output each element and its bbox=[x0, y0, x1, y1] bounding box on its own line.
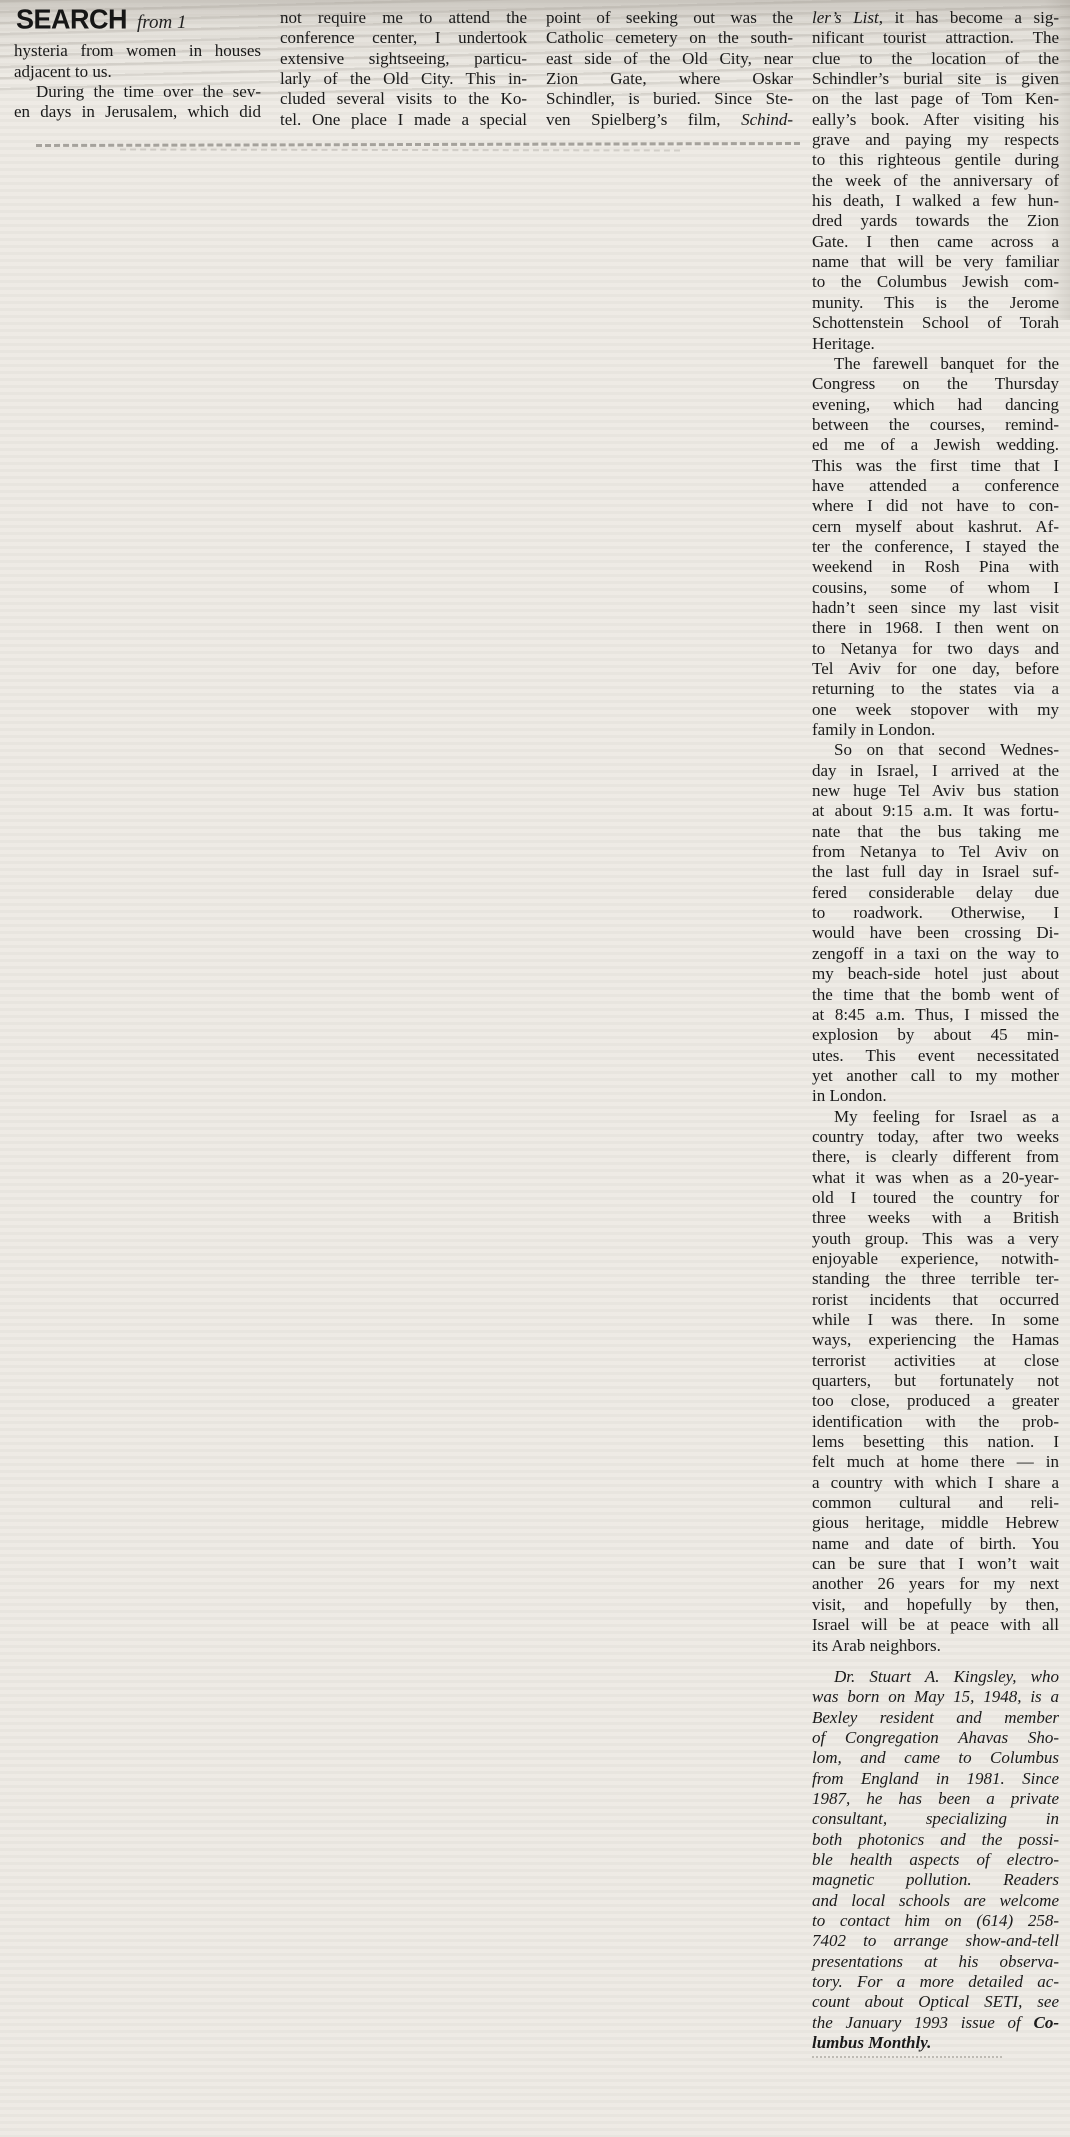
text-line: lom, and came to Columbus bbox=[812, 1748, 1059, 1768]
text-line: to contact him on (614) 258- bbox=[812, 1911, 1059, 1931]
text-line: gious heritage, middle Hebrew bbox=[812, 1513, 1059, 1533]
text-line: This was the first time that I bbox=[812, 456, 1059, 476]
text-line: lems besetting this nation. I bbox=[812, 1432, 1059, 1452]
text-line: country today, after two weeks bbox=[812, 1127, 1059, 1147]
text-line: hysteria from women in houses bbox=[14, 41, 261, 61]
text-line: at about 9:15 a.m. It was fortu- bbox=[812, 801, 1059, 821]
text-line: on the last page of Tom Ken- bbox=[812, 89, 1059, 109]
column-3-text: point of seeking out was theCatholic cem… bbox=[546, 8, 793, 130]
column-3: point of seeking out was theCatholic cem… bbox=[546, 8, 793, 2053]
text-line: hadn’t seen since my last visit bbox=[812, 598, 1059, 618]
text-line: My feeling for Israel as a bbox=[812, 1107, 1059, 1127]
text-line: standing the three terrible ter- bbox=[812, 1269, 1059, 1289]
text-line: east side of the Old City, near bbox=[546, 49, 793, 69]
text-line: Schindler’s burial site is given bbox=[812, 69, 1059, 89]
text-line: to this righteous gentile during bbox=[812, 150, 1059, 170]
text-line: adjacent to us. bbox=[14, 62, 261, 82]
text-line: Gate. I then came across a bbox=[812, 232, 1059, 252]
text-line: what it was when as a 20-year- bbox=[812, 1168, 1059, 1188]
text-line: between the courses, remind- bbox=[812, 415, 1059, 435]
text-line: in London. bbox=[812, 1086, 1059, 1106]
text-line: felt much at home there — in bbox=[812, 1452, 1059, 1472]
text-line: zengoff in a taxi on the way to bbox=[812, 944, 1059, 964]
column-4: ler’s List, it has become a sig-nificant… bbox=[812, 8, 1059, 2053]
text-line: evening, which had dancing bbox=[812, 395, 1059, 415]
text-line: 7402 to arrange show-and-tell bbox=[812, 1931, 1059, 1951]
text-line: Heritage. bbox=[812, 334, 1059, 354]
text-line: conference center, I undertook bbox=[280, 28, 527, 48]
text-line: During the time over the sev- bbox=[14, 82, 261, 102]
paragraph: ler’s List, it has become a sig-nificant… bbox=[812, 8, 1059, 354]
text-line: explosion by about 45 min- bbox=[812, 1025, 1059, 1045]
text-line: Zion Gate, where Oskar bbox=[546, 69, 793, 89]
paragraph: So on that second Wednes-day in Israel, … bbox=[812, 740, 1059, 1106]
text-line: utes. This event necessitated bbox=[812, 1046, 1059, 1066]
text-line: there in 1968. I then went on bbox=[812, 618, 1059, 638]
text-line: terrorist activities at close bbox=[812, 1351, 1059, 1371]
text-line: point of seeking out was the bbox=[546, 8, 793, 28]
text-line: old I toured the country for bbox=[812, 1188, 1059, 1208]
text-line: Catholic cemetery on the south- bbox=[546, 28, 793, 48]
paragraph: The farewell banquet for theCongress on … bbox=[812, 354, 1059, 741]
text-line: cousins, some of whom I bbox=[812, 578, 1059, 598]
text-line: clue to the location of the bbox=[812, 49, 1059, 69]
text-line: count about Optical SETI, see bbox=[812, 1992, 1059, 2012]
text-line: can be sure that I won’t wait bbox=[812, 1554, 1059, 1574]
text-line: new huge Tel Aviv bus station bbox=[812, 781, 1059, 801]
text-line: fered considerable delay due bbox=[812, 883, 1059, 903]
text-line: enjoyable experience, notwith- bbox=[812, 1249, 1059, 1269]
paragraph: During the time over the sev-en days in … bbox=[14, 82, 261, 123]
text-line: lumbus Monthly. bbox=[812, 2033, 1059, 2053]
text-line: So on that second Wednes- bbox=[812, 740, 1059, 760]
text-line: yet another call to my mother bbox=[812, 1066, 1059, 1086]
text-line: ter the conference, I stayed the bbox=[812, 537, 1059, 557]
text-line: of Congregation Ahavas Sho- bbox=[812, 1728, 1059, 1748]
column-4-text: ler’s List, it has become a sig-nificant… bbox=[812, 8, 1059, 2053]
text-line: name and date of birth. You bbox=[812, 1534, 1059, 1554]
text-line: while I was there. In some bbox=[812, 1310, 1059, 1330]
text-line: its Arab neighbors. bbox=[812, 1636, 1059, 1656]
text-line: his death, I walked a few hun- bbox=[812, 191, 1059, 211]
column-2-text: not require me to attend theconference c… bbox=[280, 8, 527, 130]
text-line: Israel will be at peace with all bbox=[812, 1615, 1059, 1635]
text-line: ways, experiencing the Hamas bbox=[812, 1330, 1059, 1350]
text-line: family in London. bbox=[812, 720, 1059, 740]
text-line: 1987, he has been a private bbox=[812, 1789, 1059, 1809]
column-1-text: hysteria from women in housesadjacent to… bbox=[14, 41, 261, 122]
paragraph: hysteria from women in housesadjacent to… bbox=[14, 41, 261, 82]
text-line: the time that the bomb went of bbox=[812, 985, 1059, 1005]
text-line: the last full day in Israel suf- bbox=[812, 862, 1059, 882]
text-line: The farewell banquet for the bbox=[812, 354, 1059, 374]
text-line: rorist incidents that occurred bbox=[812, 1290, 1059, 1310]
text-line: from England in 1981. Since bbox=[812, 1769, 1059, 1789]
text-line: common cultural and reli- bbox=[812, 1493, 1059, 1513]
text-line: to Netanya for two days and bbox=[812, 639, 1059, 659]
text-line: ven Spielberg’s film, Schind- bbox=[546, 110, 793, 130]
text-line: and local schools are welcome bbox=[812, 1891, 1059, 1911]
text-line: another 26 years for my next bbox=[812, 1574, 1059, 1594]
text-line: munity. This is the Jerome bbox=[812, 293, 1059, 313]
text-line: not require me to attend the bbox=[280, 8, 527, 28]
text-line: from Netanya to Tel Aviv on bbox=[812, 842, 1059, 862]
text-line: Congress on the Thursday bbox=[812, 374, 1059, 394]
text-line: returning to the states via a bbox=[812, 679, 1059, 699]
text-line: three weeks with a British bbox=[812, 1208, 1059, 1228]
text-line: the January 1993 issue of Co- bbox=[812, 2013, 1059, 2033]
text-line: Dr. Stuart A. Kingsley, who bbox=[812, 1667, 1059, 1687]
paragraph: My feeling for Israel as acountry today,… bbox=[812, 1107, 1059, 1656]
text-line: consultant, specializing in bbox=[812, 1809, 1059, 1829]
text-line: youth group. This was a very bbox=[812, 1229, 1059, 1249]
text-line: identification with the prob- bbox=[812, 1412, 1059, 1432]
text-line: the week of the anniversary of bbox=[812, 171, 1059, 191]
text-line: en days in Jerusalem, which did bbox=[14, 102, 261, 122]
text-line: have attended a conference bbox=[812, 476, 1059, 496]
scan-smudge bbox=[812, 2056, 1002, 2058]
text-line: cluded several visits to the Ko- bbox=[280, 89, 527, 109]
text-line: grave and paying my respects bbox=[812, 130, 1059, 150]
article-title: SEARCH bbox=[16, 9, 127, 30]
text-line: ble health aspects of electro- bbox=[812, 1850, 1059, 1870]
text-line: a country with which I share a bbox=[812, 1473, 1059, 1493]
text-line: ler’s List, it has become a sig- bbox=[812, 8, 1059, 28]
text-line: was born on May 15, 1948, is a bbox=[812, 1687, 1059, 1707]
text-line: Schottenstein School of Torah bbox=[812, 313, 1059, 333]
paragraph: not require me to attend theconference c… bbox=[280, 8, 527, 130]
text-line: quarters, but fortunately not bbox=[812, 1371, 1059, 1391]
text-line: to roadwork. Otherwise, I bbox=[812, 903, 1059, 923]
continued-from-note: from 1 bbox=[137, 12, 186, 33]
text-line: nificant tourist attraction. The bbox=[812, 28, 1059, 48]
text-line: presentations at his observa- bbox=[812, 1952, 1059, 1972]
text-line: Tel Aviv for one day, before bbox=[812, 659, 1059, 679]
text-line: weekend in Rosh Pina with bbox=[812, 557, 1059, 577]
text-line: visit, and hopefully by then, bbox=[812, 1595, 1059, 1615]
article-columns: SEARCHfrom 1 hysteria from women in hous… bbox=[14, 8, 1059, 2053]
article-continuation-header: SEARCHfrom 1 bbox=[16, 9, 261, 33]
text-line: name that will be very familiar bbox=[812, 252, 1059, 272]
text-line: tel. One place I made a special bbox=[280, 110, 527, 130]
text-line: nate that the bus taking me bbox=[812, 822, 1059, 842]
text-line: magnetic pollution. Readers bbox=[812, 1870, 1059, 1890]
text-line: my beach-side hotel just about bbox=[812, 964, 1059, 984]
text-line: dred yards towards the Zion bbox=[812, 211, 1059, 231]
text-line: where I did not have to con- bbox=[812, 496, 1059, 516]
text-line: ed me of a Jewish wedding. bbox=[812, 435, 1059, 455]
text-line: too close, produced a greater bbox=[812, 1391, 1059, 1411]
text-line: Bexley resident and member bbox=[812, 1708, 1059, 1728]
text-line: one week stopover with my bbox=[812, 700, 1059, 720]
newspaper-page: SEARCHfrom 1 hysteria from women in hous… bbox=[0, 0, 1070, 2137]
text-line: day in Israel, I arrived at the bbox=[812, 761, 1059, 781]
text-line: there, is clearly different from bbox=[812, 1147, 1059, 1167]
text-line: Schindler, is buried. Since Ste- bbox=[546, 89, 793, 109]
text-line: would have been crossing Di- bbox=[812, 923, 1059, 943]
text-line: to the Columbus Jewish com- bbox=[812, 272, 1059, 292]
text-line: eally’s book. After visiting his bbox=[812, 110, 1059, 130]
paragraph: Dr. Stuart A. Kingsley, whowas born on M… bbox=[812, 1667, 1059, 2054]
text-line: extensive sightseeing, particu- bbox=[280, 49, 527, 69]
text-line: at 8:45 a.m. Thus, I missed the bbox=[812, 1005, 1059, 1025]
paragraph: point of seeking out was theCatholic cem… bbox=[546, 8, 793, 130]
text-line: larly of the Old City. This in- bbox=[280, 69, 527, 89]
column-2: not require me to attend theconference c… bbox=[280, 8, 527, 2053]
text-line: tory. For a more detailed ac- bbox=[812, 1972, 1059, 1992]
text-line: cern myself about kashrut. Af- bbox=[812, 517, 1059, 537]
text-line: both photonics and the possi- bbox=[812, 1830, 1059, 1850]
column-1: SEARCHfrom 1 hysteria from women in hous… bbox=[14, 8, 261, 2053]
